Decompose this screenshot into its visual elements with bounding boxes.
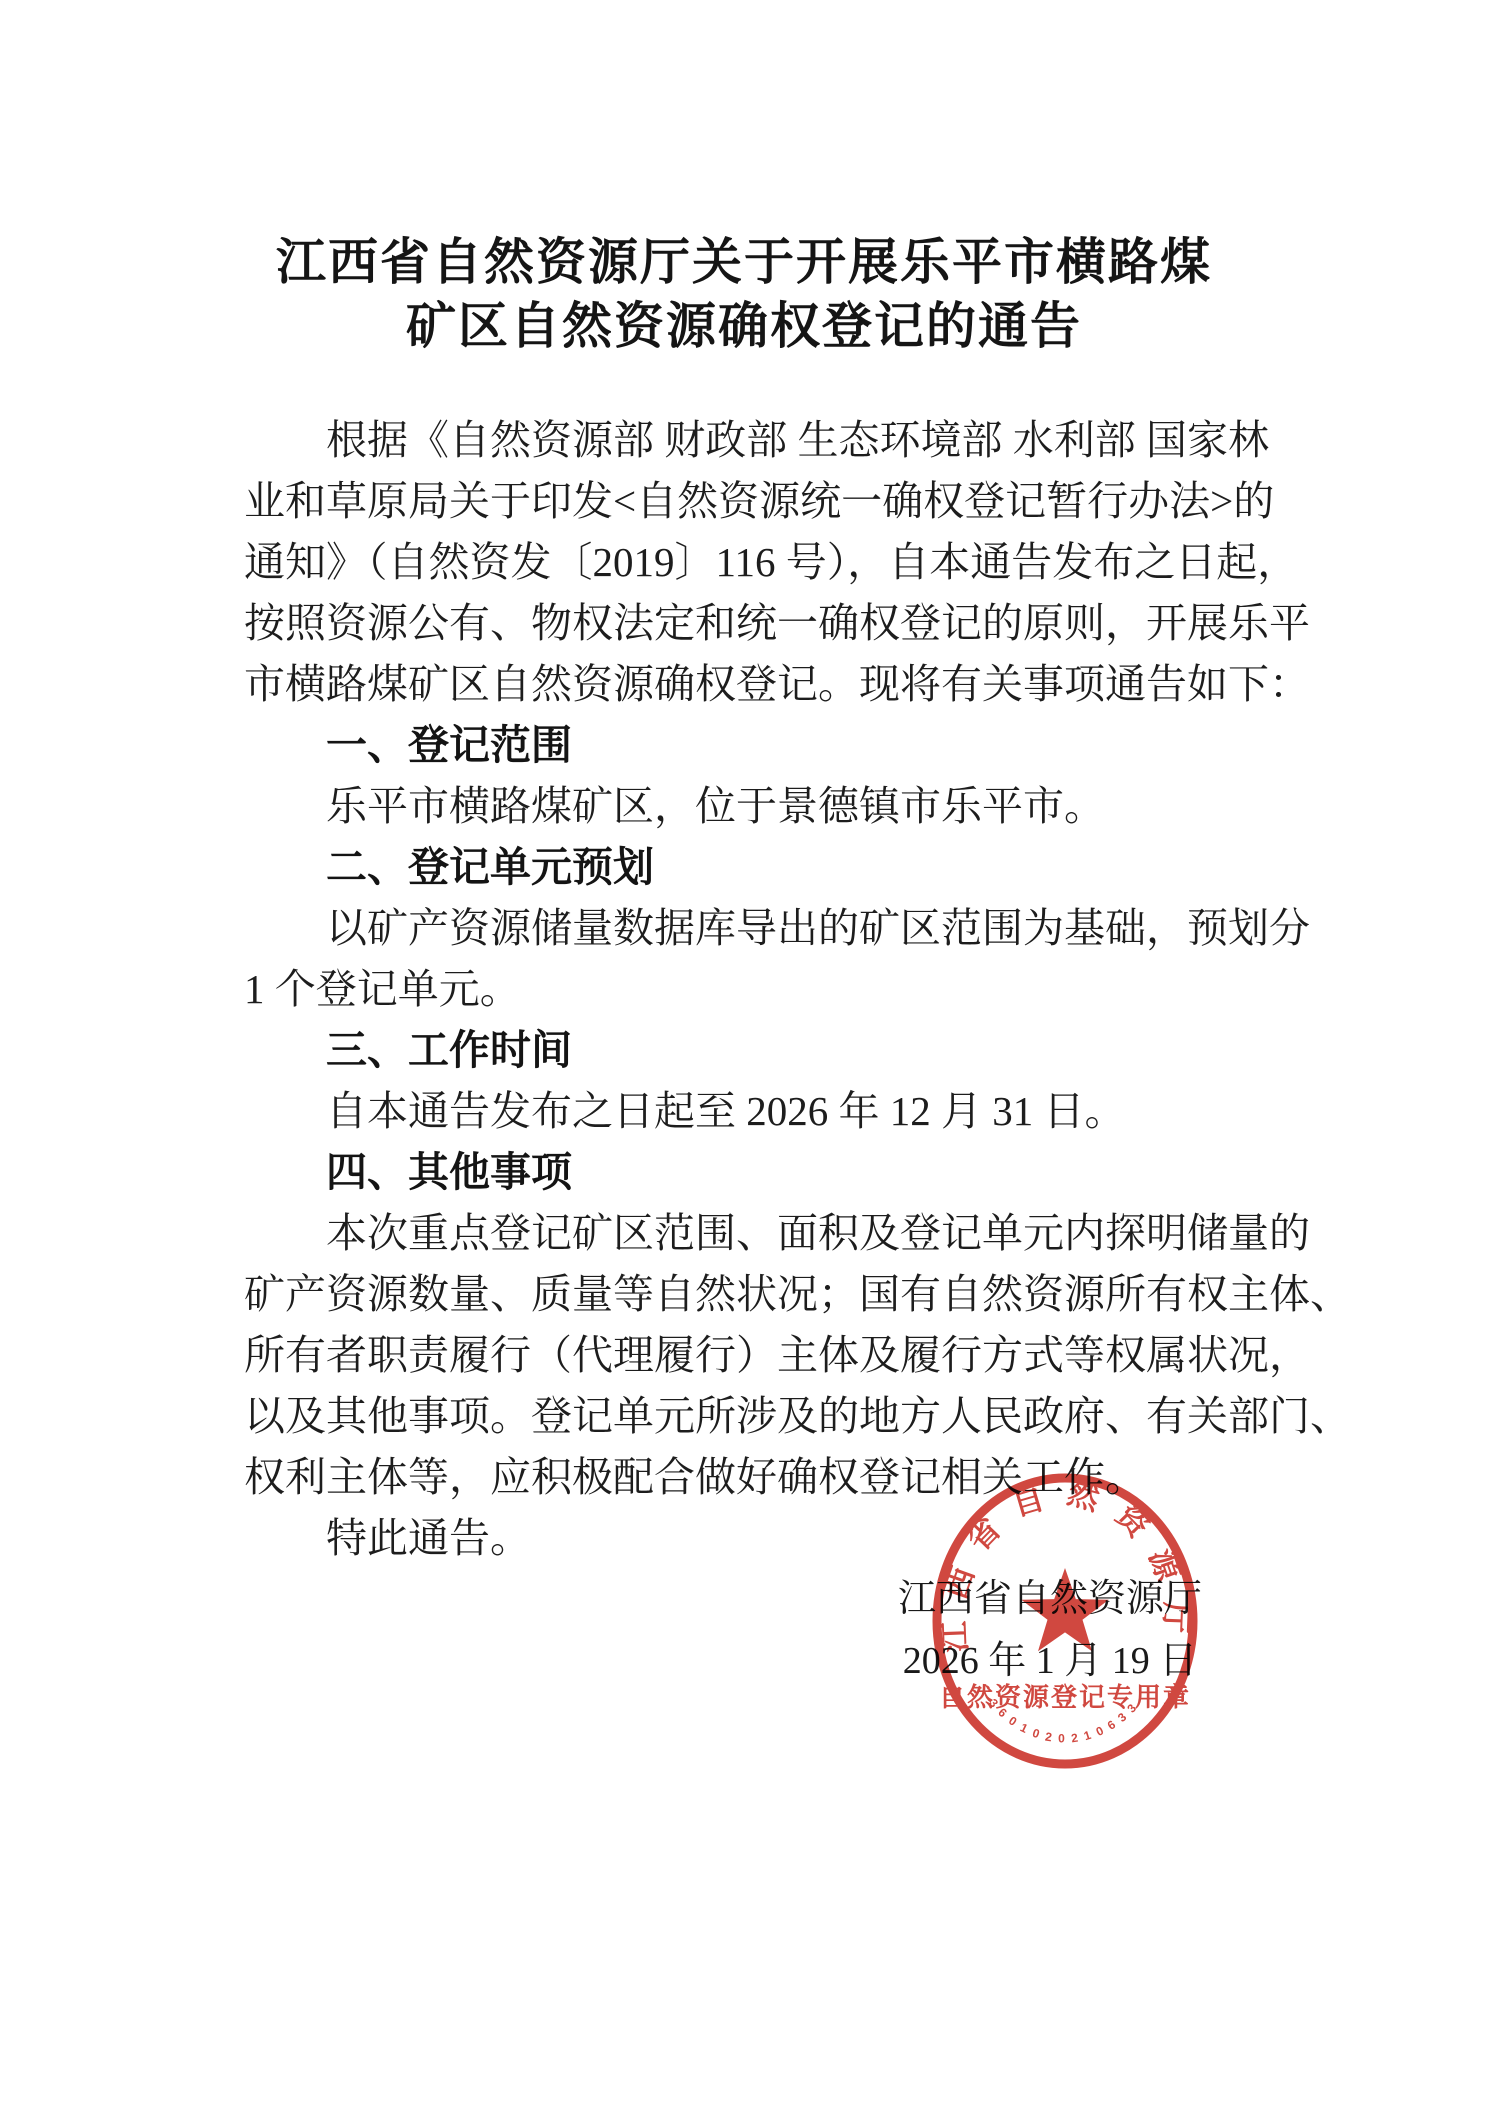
signature-agency: 江西省自然资源厅 — [868, 1568, 1232, 1630]
section-line: 矿产资源数量、质量等自然状况；国有自然资源所有权主体、 — [244, 1264, 1250, 1325]
seal-serial-number: 3601020210633 — [986, 1696, 1144, 1745]
title-line-2: 矿区自然资源确权登记的通告 — [244, 294, 1244, 358]
notice-document-page: 江西省自然资源厅关于开展乐平市横路煤 矿区自然资源确权登记的通告 根据《自然资源… — [0, 0, 1488, 2104]
paragraph-line: 市横路煤矿区自然资源确权登记。现将有关事项通告如下： — [244, 654, 1250, 715]
document-title: 江西省自然资源厅关于开展乐平市横路煤 矿区自然资源确权登记的通告 — [244, 230, 1244, 358]
paragraph-line: 按照资源公有、物权法定和统一确权登记的原则，开展乐平 — [244, 593, 1250, 654]
section-line: 1 个登记单元。 — [244, 959, 1250, 1020]
paragraph-line: 根据《自然资源部 财政部 生态环境部 水利部 国家林 — [244, 410, 1250, 471]
section-heading-1: 一、登记范围 — [244, 715, 1250, 776]
section-heading-3: 三、工作时间 — [244, 1020, 1250, 1081]
section-line: 乐平市横路煤矿区，位于景德镇市乐平市。 — [244, 776, 1250, 837]
signature-date: 2026 年 1 月 19 日 — [868, 1630, 1232, 1692]
section-line: 以矿产资源储量数据库导出的矿区范围为基础，预划分 — [244, 898, 1250, 959]
document-body: 根据《自然资源部 财政部 生态环境部 水利部 国家林 业和草原局关于印发<自然资… — [244, 410, 1250, 1569]
section-line: 自本通告发布之日起至 2026 年 12 月 31 日。 — [244, 1081, 1250, 1142]
paragraph-line: 通知》（自然资发〔2019〕116 号），自本通告发布之日起， — [244, 532, 1250, 593]
seal-serial-textpath: 3601020210633 — [986, 1696, 1144, 1745]
section-line: 所有者职责履行（代理履行）主体及履行方式等权属状况， — [244, 1325, 1250, 1386]
closing-line: 特此通告。 — [244, 1508, 1250, 1569]
section-line: 以及其他事项。登记单元所涉及的地方人民政府、有关部门、 — [244, 1386, 1250, 1447]
section-heading-2: 二、登记单元预划 — [244, 837, 1250, 898]
section-line: 本次重点登记矿区范围、面积及登记单元内探明储量的 — [244, 1203, 1250, 1264]
title-line-1: 江西省自然资源厅关于开展乐平市横路煤 — [244, 230, 1244, 294]
paragraph-line: 业和草原局关于印发<自然资源统一确权登记暂行办法>的 — [244, 471, 1250, 532]
section-line: 权利主体等，应积极配合做好确权登记相关工作。 — [244, 1447, 1250, 1508]
section-heading-4: 四、其他事项 — [244, 1142, 1250, 1203]
signature-block: 江西省自然资源厅 2026 年 1 月 19 日 — [868, 1568, 1232, 1692]
